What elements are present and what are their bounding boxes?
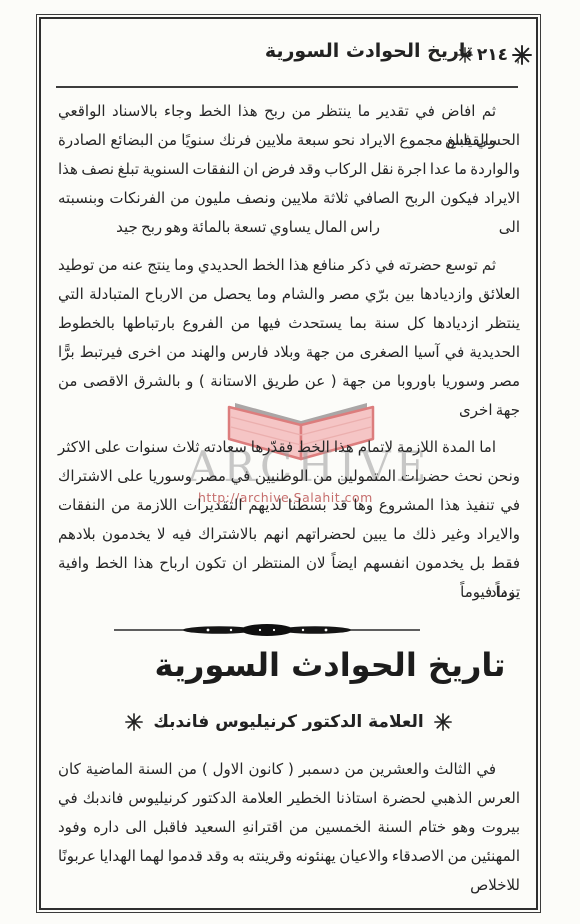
text-line: ونحن نحث حضرات المتمولين من الوطنيين في … bbox=[58, 462, 520, 491]
text-line: والواردة ما عدا اجرة نقل الركاب وقد فرض … bbox=[58, 155, 520, 184]
paragraph-2: ثم توسع حضرته في ذكر منافع هذا الخط الحد… bbox=[58, 251, 520, 425]
section-byline: العلامة الدكتور كرنيليوس فاندبك bbox=[57, 712, 520, 732]
text-line: يوماً فيوماً bbox=[58, 578, 520, 607]
text-line: المهنئين من الاصدقاء والاعيان يهنئونه وق… bbox=[58, 842, 520, 871]
text-line: ثم توسع حضرته في ذكر منافع هذا الخط الحد… bbox=[58, 251, 520, 280]
rosette-ornament-icon bbox=[512, 45, 532, 65]
text-line: فقط بل يخدمون انفسهم ايضاً لان المنتظر ا… bbox=[58, 549, 520, 578]
text-line: جهة اخرى bbox=[58, 396, 520, 425]
text-line: في الثالث والعشرين من دسمبر ( كانون الاو… bbox=[58, 755, 520, 784]
text-line: مصر وسوريا باوروبا من جهة ( عن طريق الاس… bbox=[58, 367, 520, 396]
header-rule bbox=[56, 86, 518, 88]
byline-text: العلامة الدكتور كرنيليوس فاندبك bbox=[153, 712, 423, 732]
text-line: ينتظر ازديادها كل سنة بما يستحدث فيها من… bbox=[58, 309, 520, 338]
paragraph-3: اما المدة اللازمة لاتمام هذا الخط فقدّره… bbox=[58, 433, 520, 607]
section-title: تاريخ الحوادث السورية bbox=[100, 646, 560, 684]
text-line: راس المال يساوي تسعة بالمائة وهو ربح جيد bbox=[58, 213, 520, 242]
text-line: العرس الذهبي لحضرة استاذنا الخطير العلام… bbox=[58, 784, 520, 813]
text-line: الحديدية في آسيا الصغرى من جهة وبلاد فار… bbox=[58, 338, 520, 367]
text-line: العلائق وازديادها بين برّي مصر والشام وم… bbox=[58, 280, 520, 309]
text-line: في تنفيذ هذا المشروع وها قد بسطنا لديهم … bbox=[58, 491, 520, 520]
text-line: والايراد وغير ذلك ما يبين لحضراتهم انهم … bbox=[58, 520, 520, 549]
text-line: الحسي فبلغ مجموع الايراد نحو سبعة ملايين… bbox=[58, 126, 520, 155]
text-line: للاخلاص bbox=[58, 871, 520, 900]
star-ornament-icon bbox=[457, 47, 473, 63]
text-line: الايراد فيكون الربح الصافي ثلاثة ملايين … bbox=[58, 184, 520, 213]
page-number: ٢١٤ bbox=[477, 45, 508, 65]
text-line: ثم افاض في تقدير ما ينتظر من ربح هذا الخ… bbox=[58, 97, 520, 126]
text-line: بيروت وهو ختام السنة الخمسين من اقترانهِ… bbox=[58, 813, 520, 842]
section-divider-ornament bbox=[112, 621, 422, 639]
text-line: اما المدة اللازمة لاتمام هذا الخط فقدّره… bbox=[58, 433, 520, 462]
rosette-ornament-icon bbox=[434, 713, 452, 731]
page-number-group: ٢١٤ bbox=[457, 45, 532, 65]
rosette-ornament-icon bbox=[125, 713, 143, 731]
paragraph-4: في الثالث والعشرين من دسمبر ( كانون الاو… bbox=[58, 755, 520, 900]
paragraph-1: ثم افاض في تقدير ما ينتظر من ربح هذا الخ… bbox=[58, 97, 520, 242]
